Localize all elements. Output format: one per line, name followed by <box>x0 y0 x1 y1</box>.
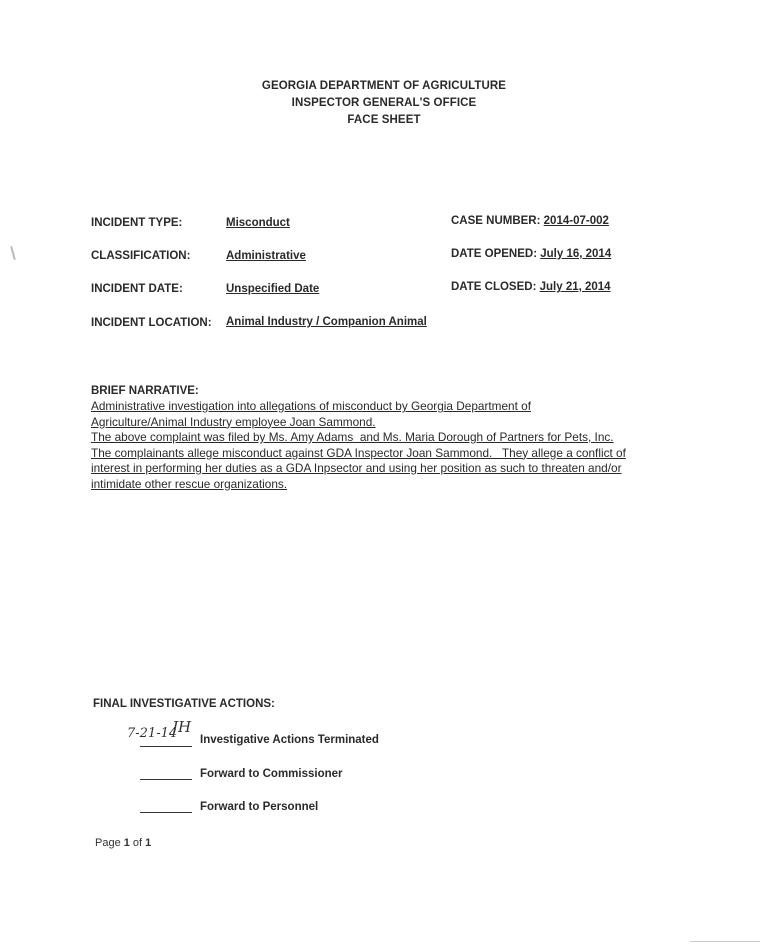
handwritten-date: 7-21-14 <box>127 726 177 741</box>
face-sheet-page: GEORGIA DEPARTMENT OF AGRICULTURE INSPEC… <box>0 0 768 950</box>
classification-value: Administrative <box>226 250 306 262</box>
incident-date-value: Unspecified Date <box>226 283 319 295</box>
action-commissioner-label: Forward to Commissioner <box>200 768 343 780</box>
incident-location-label: INCIDENT LOCATION: <box>91 317 212 329</box>
date-closed-label: DATE CLOSED: <box>451 281 536 293</box>
scan-edge-line <box>690 941 760 942</box>
case-number-value: 2014-07-002 <box>544 215 609 227</box>
scan-mark <box>10 246 16 260</box>
narrative-line: The above complaint was filed by Ms. Amy… <box>91 430 671 446</box>
narrative-title: BRIEF NARRATIVE: <box>91 385 199 397</box>
document-title: FACE SHEET <box>0 114 768 126</box>
handwritten-initials: JH <box>172 718 191 736</box>
date-closed-value: July 21, 2014 <box>540 281 611 293</box>
page-prefix: Page <box>95 837 124 849</box>
action-terminated-label: Investigative Actions Terminated <box>200 734 379 746</box>
action-blank-terminated <box>140 746 192 747</box>
page-total: 1 <box>145 837 151 849</box>
agency-title: GEORGIA DEPARTMENT OF AGRICULTURE <box>0 80 768 92</box>
case-number-label: CASE NUMBER: <box>451 215 540 227</box>
incident-location-value: Animal Industry / Companion Animal <box>226 316 427 328</box>
narrative-line: Administrative investigation into allega… <box>91 399 671 415</box>
incident-date-label: INCIDENT DATE: <box>91 283 183 295</box>
action-blank-personnel <box>140 812 192 813</box>
office-title: INSPECTOR GENERAL'S OFFICE <box>0 97 768 109</box>
narrative-line: intimidate other rescue organizations. <box>91 477 671 493</box>
page-of: of <box>130 837 145 849</box>
page-number: Page 1 of 1 <box>95 837 151 849</box>
narrative-line: interest in performing her duties as a G… <box>91 461 671 477</box>
date-opened-label: DATE OPENED: <box>451 248 537 260</box>
classification-label: CLASSIFICATION: <box>91 250 190 262</box>
incident-type-value: Misconduct <box>226 217 290 229</box>
date-closed-row: DATE CLOSED: July 21, 2014 <box>451 281 611 293</box>
case-number-row: CASE NUMBER: 2014-07-002 <box>451 215 609 227</box>
narrative-line: Agriculture/Animal Industry employee Joa… <box>91 415 671 431</box>
action-blank-commissioner <box>140 779 192 780</box>
incident-type-label: INCIDENT TYPE: <box>91 217 182 229</box>
date-opened-value: July 16, 2014 <box>540 248 611 260</box>
narrative-line: The complainants allege misconduct again… <box>91 446 671 462</box>
action-personnel-label: Forward to Personnel <box>200 801 318 813</box>
narrative-body: Administrative investigation into allega… <box>91 399 671 492</box>
date-opened-row: DATE OPENED: July 16, 2014 <box>451 248 611 260</box>
final-actions-title: FINAL INVESTIGATIVE ACTIONS: <box>93 698 275 710</box>
